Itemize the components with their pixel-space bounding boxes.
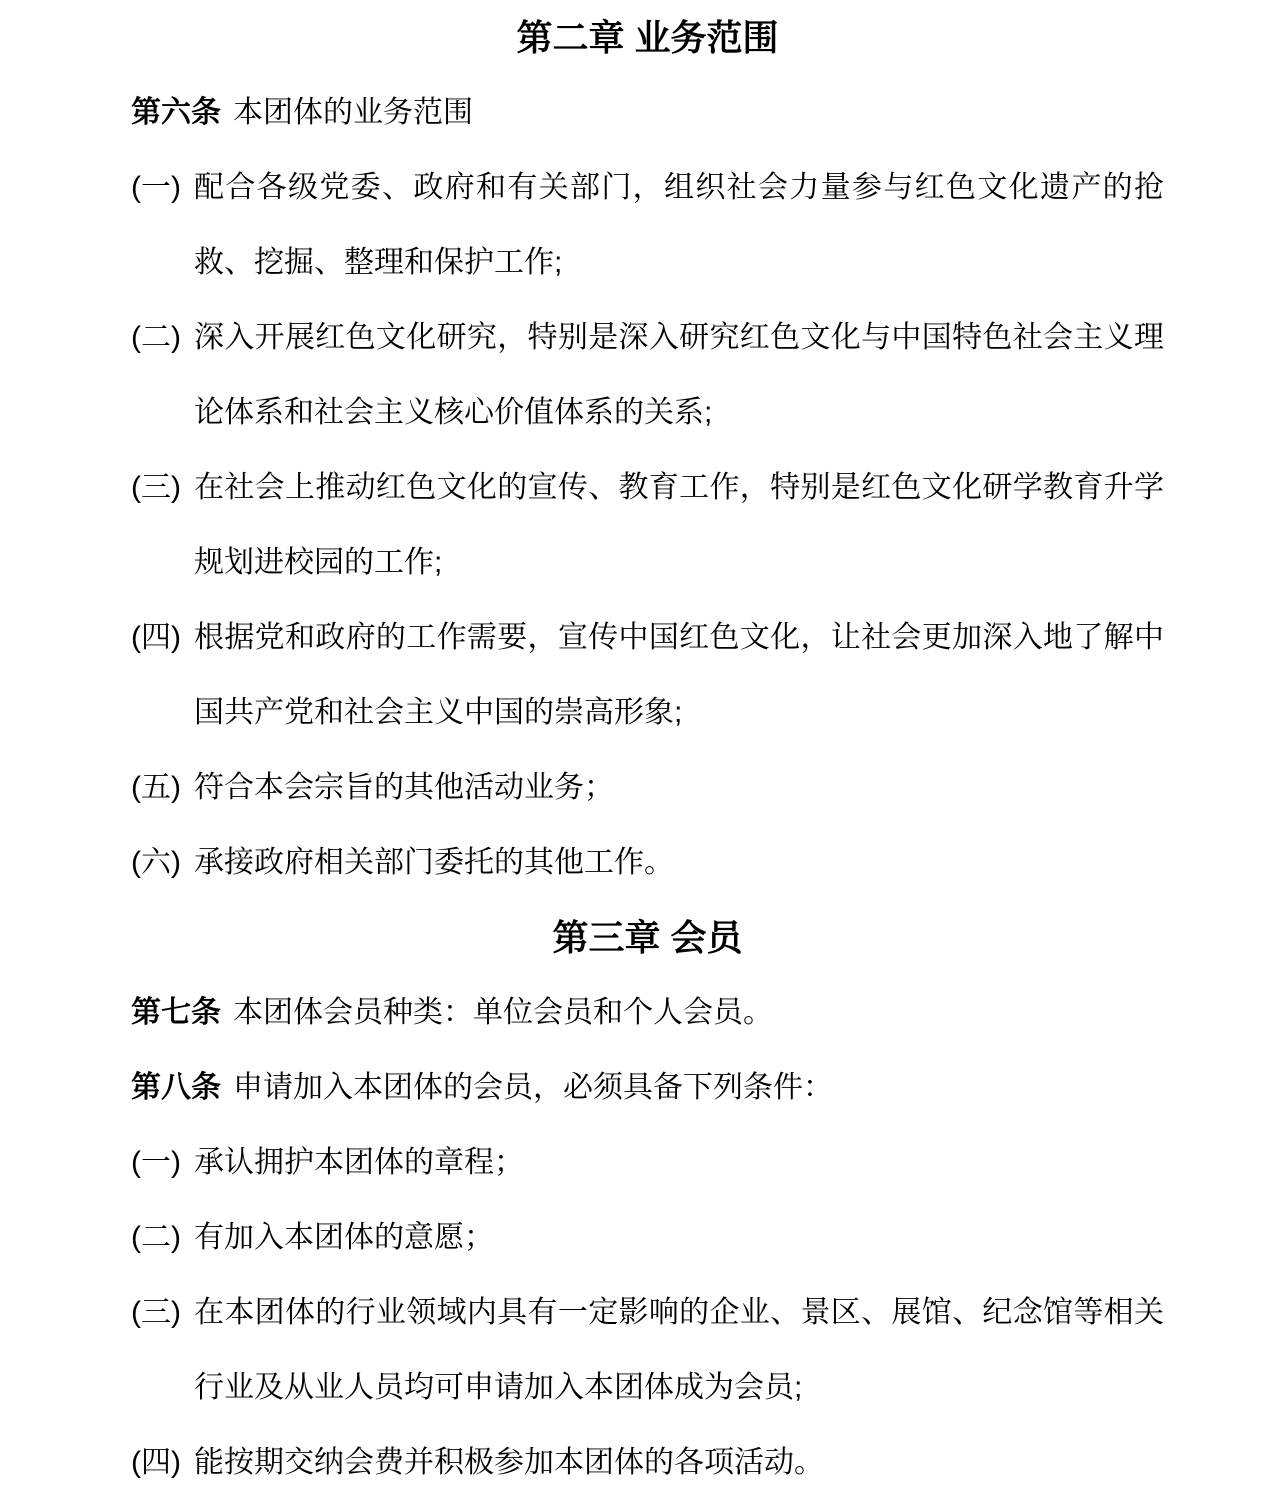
list-item: (四) 能按期交纳会费并积极参加本团体的各项活动。 bbox=[131, 1425, 1164, 1500]
article-6-label: 第六条 bbox=[131, 96, 221, 129]
article-6-text: 本团体的业务范围 bbox=[233, 96, 473, 129]
article-7-label: 第七条 bbox=[131, 996, 221, 1029]
item-text: 能按期交纳会费并积极参加本团体的各项活动。 bbox=[194, 1425, 1164, 1500]
item-text: 承接政府相关部门委托的其他工作。 bbox=[194, 825, 1164, 900]
article-6: 第六条本团体的业务范围 bbox=[131, 75, 1164, 150]
item-text: 符合本会宗旨的其他活动业务； bbox=[194, 750, 1164, 825]
list-item: (一) 配合各级党委、政府和有关部门，组织社会力量参与红色文化遗产的抢救、挖掘、… bbox=[131, 150, 1164, 300]
list-item: (四) 根据党和政府的工作需要，宣传中国红色文化，让社会更加深入地了解中国共产党… bbox=[131, 600, 1164, 750]
article-7: 第七条本团体会员种类：单位会员和个人会员。 bbox=[131, 975, 1164, 1050]
item-text: 承认拥护本团体的章程； bbox=[194, 1125, 1164, 1200]
item-marker: (四) bbox=[131, 600, 194, 750]
item-marker: (三) bbox=[131, 450, 194, 600]
item-marker: (二) bbox=[131, 300, 194, 450]
item-marker: (三) bbox=[131, 1275, 194, 1425]
item-text: 配合各级党委、政府和有关部门，组织社会力量参与红色文化遗产的抢救、挖掘、整理和保… bbox=[194, 150, 1164, 300]
list-item: (二) 深入开展红色文化研究，特别是深入研究红色文化与中国特色社会主义理论体系和… bbox=[131, 300, 1164, 450]
article-8-text: 申请加入本团体的会员，必须具备下列条件： bbox=[233, 1071, 833, 1104]
chapter-3-title: 第三章 会员 bbox=[131, 900, 1164, 975]
chapter-2-title: 第二章 业务范围 bbox=[131, 0, 1164, 75]
item-text: 在本团体的行业领域内具有一定影响的企业、景区、展馆、纪念馆等相关行业及从业人员均… bbox=[194, 1275, 1164, 1425]
item-marker: (一) bbox=[131, 1125, 194, 1200]
item-text: 在社会上推动红色文化的宣传、教育工作，特别是红色文化研学教育升学规划进校园的工作… bbox=[194, 450, 1164, 600]
list-item: (三) 在本团体的行业领域内具有一定影响的企业、景区、展馆、纪念馆等相关行业及从… bbox=[131, 1275, 1164, 1425]
list-item: (三) 在社会上推动红色文化的宣传、教育工作，特别是红色文化研学教育升学规划进校… bbox=[131, 450, 1164, 600]
item-marker: (一) bbox=[131, 150, 194, 300]
item-text: 有加入本团体的意愿； bbox=[194, 1200, 1164, 1275]
list-item: (一) 承认拥护本团体的章程； bbox=[131, 1125, 1164, 1200]
article-8-label: 第八条 bbox=[131, 1071, 221, 1104]
article-8: 第八条申请加入本团体的会员，必须具备下列条件： bbox=[131, 1050, 1164, 1125]
list-item: (六) 承接政府相关部门委托的其他工作。 bbox=[131, 825, 1164, 900]
item-marker: (四) bbox=[131, 1425, 194, 1500]
list-item: (五) 符合本会宗旨的其他活动业务； bbox=[131, 750, 1164, 825]
item-text: 根据党和政府的工作需要，宣传中国红色文化，让社会更加深入地了解中国共产党和社会主… bbox=[194, 600, 1164, 750]
item-marker: (五) bbox=[131, 750, 194, 825]
list-item: (二) 有加入本团体的意愿； bbox=[131, 1200, 1164, 1275]
article-7-text: 本团体会员种类：单位会员和个人会员。 bbox=[233, 996, 773, 1029]
item-text: 深入开展红色文化研究，特别是深入研究红色文化与中国特色社会主义理论体系和社会主义… bbox=[194, 300, 1164, 450]
document-page: 第二章 业务范围 第六条本团体的业务范围 (一) 配合各级党委、政府和有关部门，… bbox=[0, 0, 1265, 1500]
item-marker: (二) bbox=[131, 1200, 194, 1275]
item-marker: (六) bbox=[131, 825, 194, 900]
